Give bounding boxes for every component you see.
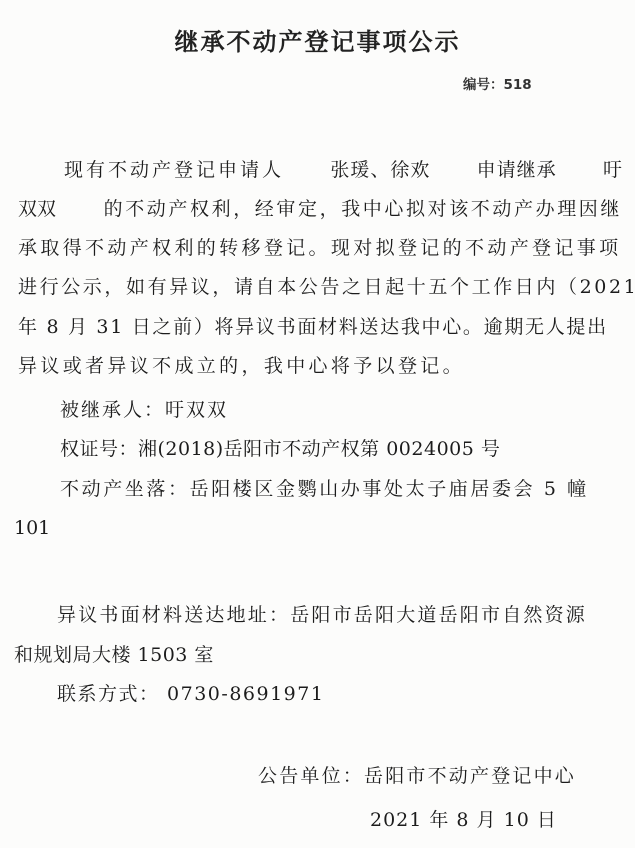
paragraph-line-5: 年 8 月 31 日之前）将异议书面材料送达我中心。逾期无人提出	[18, 313, 608, 341]
objection-address-continued: 和规划局大楼 1503 室	[14, 641, 214, 669]
document-number: 编号：518	[463, 73, 532, 93]
paragraph-line-2-text: 的不动产权利，经审定，我中心拟对该不动产办理因继	[104, 195, 622, 223]
property-location-continued: 101	[14, 514, 50, 542]
issue-date: 2021 年 8 月 10 日	[370, 806, 557, 834]
decedent-name-part2: 双双	[18, 195, 56, 223]
issuing-organization: 公告单位：岳阳市不动产登记中心	[258, 762, 576, 790]
contact-field: 联系方式： 0730-8691971	[57, 680, 324, 708]
paragraph-line-6: 异议或者异议不成立的，我中心将予以登记。	[18, 352, 465, 380]
decedent-field: 被继承人：吁双双	[60, 396, 228, 424]
paragraph-line-3: 承取得不动产权利的转移登记。现对拟登记的不动产登记事项	[18, 234, 621, 262]
paragraph-line-4: 进行公示，如有异议，请自本公告之日起十五个工作日内（2021	[18, 273, 635, 301]
paragraph-line-1: 现有不动产登记申请人 张瑗、徐欢 申请继承 吁	[64, 156, 622, 184]
applicant-label: 现有不动产登记申请人	[64, 156, 284, 184]
objection-address-field: 异议书面材料送达地址：岳阳市岳阳大道岳阳市自然资源	[57, 601, 587, 629]
document-title: 继承不动产登记事项公示	[0, 22, 635, 57]
property-location-field: 不动产坐落：岳阳楼区金鹦山办事处太子庙居委会 5 幢	[60, 475, 589, 503]
applicant-names: 张瑗、徐欢	[330, 156, 430, 184]
decedent-name-part1: 吁	[603, 156, 622, 184]
paragraph-line-2: 双双 的不动产权利，经审定，我中心拟对该不动产办理因继	[18, 195, 622, 223]
certificate-number-field: 权证号：湘(2018)岳阳市不动产权第 0024005 号	[60, 435, 500, 463]
inheritance-request: 申请继承	[477, 156, 557, 184]
